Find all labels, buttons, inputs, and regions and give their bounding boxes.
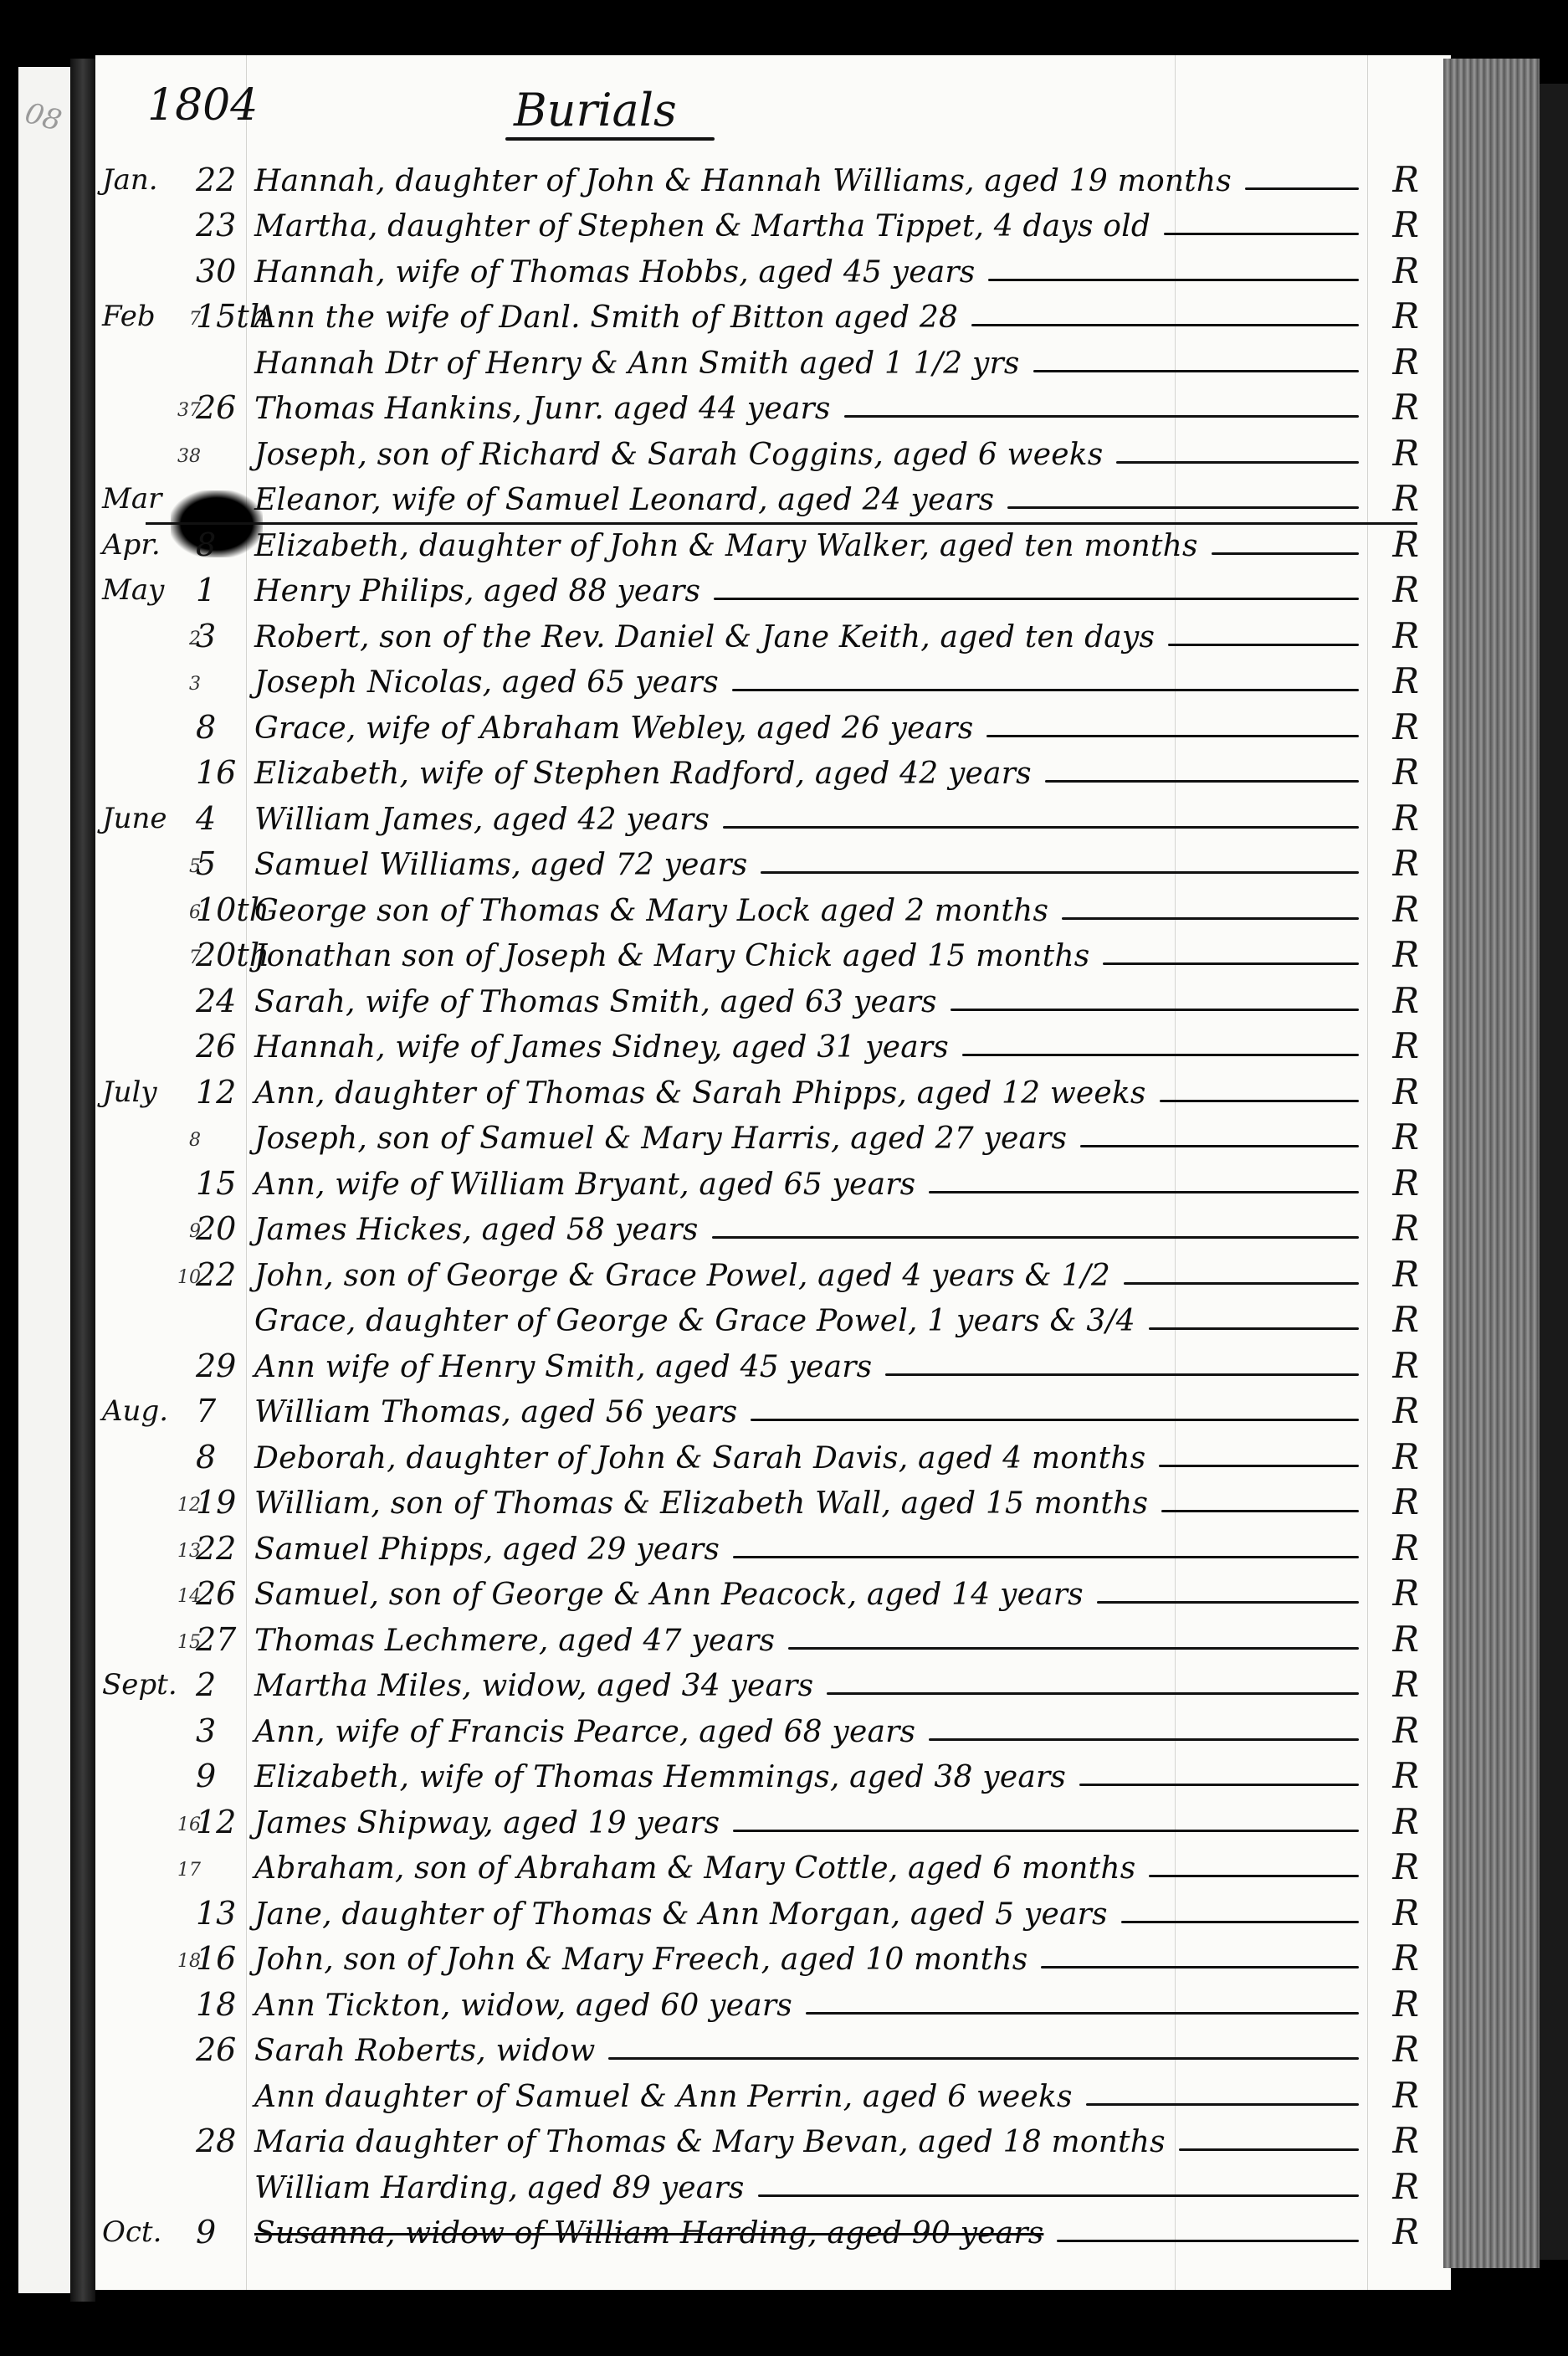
entry-fill-line [723,826,1359,829]
entry-fill-line [714,598,1359,600]
entry-text: Abraham, son of Abraham & Mary Cottle, a… [254,1851,1135,1886]
entry-day: 24 [196,983,246,1019]
entry-day: 8 [196,526,246,563]
register-page: 1804 Burials Jan.22Hannah, daughter of J… [95,55,1451,2290]
entry-day: 13 [196,1895,246,1932]
entry-register-mark: R [1392,1619,1419,1660]
entry-register-mark: R [1392,752,1419,793]
entry-register-mark: R [1392,1846,1419,1887]
book-gutter [70,59,95,2302]
burial-entry: 3Joseph Nicolas, aged 65 yearsR [95,658,1451,704]
burial-entry: 30Hannah, wife of Thomas Hobbs, aged 45 … [95,247,1451,293]
entry-fill-line [929,1738,1359,1741]
entry-text: Ann Tickton, widow, aged 60 years [254,1989,792,2023]
entry-text: Elizabeth, daughter of John & Mary Walke… [254,529,1198,563]
entry-fill-line [1149,1875,1359,1877]
entry-text: Hannah, wife of Thomas Hobbs, aged 45 ye… [254,255,975,290]
entry-day: 26 [196,1028,246,1065]
book-cover-edge [1540,84,1568,2260]
entry-day: 3 [196,618,246,654]
entry-text: Thomas Lechmere, aged 47 years [254,1624,775,1658]
entry-register-mark: R [1392,706,1419,747]
entry-register-mark: R [1392,934,1419,975]
entry-fill-line [885,1373,1359,1376]
burial-entry: 26Hannah, wife of James Sidney, aged 31 … [95,1023,1451,1069]
burial-entry: 15Ann, wife of William Bryant, aged 65 y… [95,1159,1451,1205]
entry-fill-line [806,2012,1359,2015]
entry-fill-line [1080,1145,1359,1147]
entry-text: William Harding, aged 89 years [254,2171,745,2205]
burial-entry: June4William James, aged 42 yearsR [95,794,1451,840]
entry-text: Jonathan son of Joseph & Mary Chick aged… [254,939,1089,973]
burial-entry: 26Sarah Roberts, widowR [95,2026,1451,2072]
entry-register-mark: R [1392,798,1419,839]
burial-entry: Feb715thAnn the wife of Danl. Smith of B… [95,293,1451,339]
entry-register-mark: R [1392,1299,1419,1340]
entry-fill-line [761,871,1359,874]
entry-text: Henry Philips, aged 88 years [254,574,700,608]
entry-fill-line [1160,1100,1359,1102]
entry-register-mark: R [1392,1801,1419,1842]
entry-text: Samuel Williams, aged 72 years [254,848,747,882]
burial-entry: Sept.2Martha Miles, widow, aged 34 years… [95,1661,1451,1707]
entry-text: James Shipway, aged 19 years [254,1806,720,1840]
entry-fill-line [1245,187,1359,190]
burial-entry: 8Joseph, son of Samuel & Mary Harris, ag… [95,1114,1451,1160]
entry-month: July [102,1075,161,1109]
entry-register-mark: R [1392,295,1419,336]
entry-register-number: 3 [167,674,201,695]
entry-register-mark: R [1392,1938,1419,1979]
entry-fill-line [971,324,1359,326]
entry-day: 1 [196,572,246,608]
entry-day: 26 [196,1575,246,1612]
entry-day: 12 [196,1074,246,1111]
entry-register-mark: R [1392,980,1419,1021]
entry-day: 5 [196,845,246,882]
entry-month: Apr. [102,528,161,562]
entry-fill-line [733,1556,1359,1558]
entry-register-mark: R [1392,615,1419,656]
page-stack-edge [1443,59,1540,2268]
entry-day: 9 [196,2214,246,2251]
entry-day: 9 [196,1758,246,1794]
burial-entry: Apr.8Elizabeth, daughter of John & Mary … [95,521,1451,567]
entry-fill-line [1161,1510,1359,1512]
burial-entry: 920James Hickes, aged 58 yearsR [95,1205,1451,1251]
entry-day: 27 [196,1621,246,1658]
entry-register-mark: R [1392,1984,1419,2025]
facing-page-number-fragment: 08 [22,96,65,138]
facing-page-edge: 08 [18,67,72,2293]
burial-entry: May1Henry Philips, aged 88 yearsR [95,567,1451,613]
entry-day: 19 [196,1484,246,1521]
entry-text: George son of Thomas & Mary Lock aged 2 … [254,894,1048,928]
entry-fill-line [1179,2148,1359,2151]
entry-register-mark: R [1392,159,1419,200]
entry-text: Samuel Phipps, aged 29 years [254,1532,720,1567]
entry-month: Sept. [102,1668,161,1702]
entry-register-mark: R [1392,1163,1419,1204]
entry-text: Sarah, wife of Thomas Smith, aged 63 yea… [254,985,937,1019]
entry-text: William James, aged 42 years [254,803,710,837]
burial-entry: Ann daughter of Samuel & Ann Perrin, age… [95,2071,1451,2117]
entry-day: 18 [196,1986,246,2023]
entry-register-mark: R [1392,2120,1419,2161]
burial-entry: 9Elizabeth, wife of Thomas Hemmings, age… [95,1753,1451,1799]
entry-fill-line [788,1647,1359,1650]
entry-text: Ann wife of Henry Smith, aged 45 years [254,1350,872,1384]
entry-register-mark: R [1392,1254,1419,1295]
entry-register-number: 17 [167,1860,201,1881]
entry-month: May [102,573,161,607]
entry-register-mark: R [1392,569,1419,610]
entry-register-mark: R [1392,478,1419,519]
entry-fill-line [1007,506,1359,509]
entry-fill-line [758,2194,1359,2197]
entry-fill-line [608,2057,1359,2060]
entry-text: Joseph, son of Samuel & Mary Harris, age… [254,1122,1067,1156]
title-underline [505,137,715,141]
entry-text: John, son of John & Mary Freech, aged 10… [254,1943,1027,1977]
entry-text: Elizabeth, wife of Thomas Hemmings, aged… [254,1760,1066,1794]
entry-fill-line [1164,233,1359,235]
entry-register-number: 38 [167,446,201,467]
entry-fill-line [844,415,1359,418]
burial-entry: 28Maria daughter of Thomas & Mary Bevan,… [95,2117,1451,2164]
entry-register-mark: R [1392,2029,1419,2070]
entry-fill-line [1033,370,1359,372]
entry-register-mark: R [1392,204,1419,245]
entry-register-mark: R [1392,2211,1419,2252]
entry-register-mark: R [1392,1390,1419,1431]
entry-register-mark: R [1392,1116,1419,1157]
entry-day: 22 [196,162,246,198]
entry-fill-line [962,1054,1359,1056]
entry-fill-line [988,279,1359,281]
burial-entry: 24Sarah, wife of Thomas Smith, aged 63 y… [95,977,1451,1023]
burial-entry: 55Samuel Williams, aged 72 yearsR [95,840,1451,886]
entry-day: 22 [196,1530,246,1567]
entry-text: Hannah Dtr of Henry & Ann Smith aged 1 1… [254,346,1020,381]
entry-day: 4 [196,800,246,837]
entry-text: Joseph Nicolas, aged 65 years [254,665,719,700]
entry-text: Susanna, widow of William Harding, aged … [254,2216,1043,2251]
burial-entry: Aug.7William Thomas, aged 56 yearsR [95,1388,1451,1434]
entry-day: 8 [196,709,246,746]
entry-day: 28 [196,2122,246,2159]
entry-day: 26 [196,389,246,426]
entry-day: 8 [196,1439,246,1476]
entry-text: Grace, daughter of George & Grace Powel,… [254,1304,1135,1338]
entry-fill-line [733,1830,1359,1832]
entry-text: William Thomas, aged 56 years [254,1395,737,1430]
entry-fill-line [1045,780,1359,783]
entry-day: 23 [196,207,246,244]
entry-text: Jane, daughter of Thomas & Ann Morgan, a… [254,1897,1108,1932]
entry-text: Ann the wife of Danl. Smith of Bitton ag… [254,300,958,335]
entry-register-mark: R [1392,1573,1419,1614]
burial-entry: 13Jane, daughter of Thomas & Ann Morgan,… [95,1889,1451,1935]
burial-entry: 1219William, son of Thomas & Elizabeth W… [95,1479,1451,1525]
entry-fill-line [732,689,1359,691]
entry-text: Ann, daughter of Thomas & Sarah Phipps, … [254,1076,1146,1111]
entry-text: Hannah, wife of James Sidney, aged 31 ye… [254,1030,949,1065]
burial-entry: 1527Thomas Lechmere, aged 47 yearsR [95,1615,1451,1661]
entry-fill-line [1086,2103,1359,2106]
entry-register-mark: R [1392,341,1419,382]
entry-register-mark: R [1392,843,1419,884]
burial-entry: Hannah Dtr of Henry & Ann Smith aged 1 1… [95,338,1451,384]
entry-fill-line [1121,1921,1359,1923]
burial-entry: 23Robert, son of the Rev. Daniel & Jane … [95,612,1451,658]
entry-fill-line [929,1191,1359,1193]
entry-day: 12 [196,1804,246,1840]
entry-text: Thomas Hankins, Junr. aged 44 years [254,392,831,426]
burial-entry: 38Joseph, son of Richard & Sarah Coggins… [95,429,1451,475]
entry-text: Joseph, son of Richard & Sarah Coggins, … [254,438,1103,472]
entry-register-mark: R [1392,1892,1419,1933]
entry-month: Jan. [102,163,161,197]
entry-register-mark: R [1392,2166,1419,2207]
entry-fill-line [951,1009,1359,1011]
entry-day: 30 [196,253,246,290]
entry-text: Samuel, son of George & Ann Peacock, age… [254,1578,1084,1612]
entry-text: James Hickes, aged 58 years [254,1213,699,1247]
page-title: Burials [514,84,677,136]
entry-day: 22 [196,1256,246,1293]
burial-entry: William Harding, aged 89 yearsR [95,2163,1451,2209]
burial-entry: 1612James Shipway, aged 19 yearsR [95,1798,1451,1844]
entry-day: 29 [196,1347,246,1384]
entry-text: William, son of Thomas & Elizabeth Wall,… [254,1486,1148,1521]
entry-register-mark: R [1392,1527,1419,1568]
entry-register-mark: R [1392,1345,1419,1386]
entry-fill-line [751,1419,1359,1421]
entry-text: Ann, wife of Francis Pearce, aged 68 yea… [254,1715,915,1749]
burial-entry: 23Martha, daughter of Stephen & Martha T… [95,202,1451,248]
entry-register-mark: R [1392,1071,1419,1112]
section-divider [146,522,1417,525]
entry-text: Hannah, daughter of John & Hannah Willia… [254,164,1232,198]
burial-entry: 18Ann Tickton, widow, aged 60 yearsR [95,1980,1451,2026]
entry-fill-line [1041,1966,1359,1968]
burial-entry: 17Abraham, son of Abraham & Mary Cottle,… [95,1844,1451,1890]
entry-text: Deborah, daughter of John & Sarah Davis,… [254,1441,1145,1476]
entry-register-number: 8 [167,1130,201,1151]
burial-entry: 8Deborah, daughter of John & Sarah Davis… [95,1433,1451,1479]
entry-day: 15th [196,298,246,335]
entry-register-mark: R [1392,2075,1419,2116]
entry-day: 7 [196,1393,246,1430]
entry-month: Mar [102,482,161,516]
entry-fill-line [986,735,1359,737]
burial-entry: 1816John, son of John & Mary Freech, age… [95,1935,1451,1981]
burial-entry: 1322Samuel Phipps, aged 29 yearsR [95,1524,1451,1570]
entry-register-mark: R [1392,1025,1419,1066]
entry-month: Feb [102,300,161,333]
entry-month: June [102,802,161,835]
burial-entry: 1022John, son of George & Grace Powel, a… [95,1250,1451,1296]
entry-text: Elizabeth, wife of Stephen Radford, aged… [254,757,1032,791]
entry-register-mark: R [1392,1710,1419,1751]
entry-register-mark: R [1392,250,1419,291]
entry-day: 16 [196,1940,246,1977]
entry-day: 15 [196,1165,246,1202]
entry-register-mark: R [1392,433,1419,474]
entry-register-mark: R [1392,889,1419,930]
entry-fill-line [1212,552,1359,555]
entry-day: 10th [196,891,246,928]
burial-entry: 3Ann, wife of Francis Pearce, aged 68 ye… [95,1707,1451,1753]
entry-fill-line [1079,1784,1359,1786]
burial-entry: Oct.9Susanna, widow of William Harding, … [95,2209,1451,2255]
burial-entry: 3726Thomas Hankins, Junr. aged 44 yearsR [95,384,1451,430]
entry-register-mark: R [1392,524,1419,565]
entry-fill-line [827,1692,1359,1695]
entry-text: Martha, daughter of Stephen & Martha Tip… [254,209,1150,244]
entry-day: 2 [196,1666,246,1703]
entry-fill-line [1097,1601,1359,1604]
entry-text: Grace, wife of Abraham Webley, aged 26 y… [254,711,973,746]
entry-fill-line [1159,1465,1359,1467]
entry-register-mark: R [1392,1481,1419,1522]
entry-register-mark: R [1392,1664,1419,1705]
entry-text: Maria daughter of Thomas & Mary Bevan, a… [254,2125,1166,2159]
entry-fill-line [1062,917,1359,920]
entry-fill-line [1168,644,1359,646]
entry-day: 3 [196,1712,246,1749]
burial-entry: Grace, daughter of George & Grace Powel,… [95,1296,1451,1342]
entry-fill-line [712,1236,1359,1239]
burial-entry: July12Ann, daughter of Thomas & Sarah Ph… [95,1068,1451,1114]
entry-day: 16 [196,754,246,791]
burial-entry: Jan.22Hannah, daughter of John & Hannah … [95,156,1451,202]
burial-entry: 29Ann wife of Henry Smith, aged 45 years… [95,1342,1451,1388]
entry-fill-line [1116,461,1359,464]
entry-month: Oct. [102,2215,161,2249]
burial-entries: Jan.22Hannah, daughter of John & Hannah … [95,156,1451,2254]
entry-text: Ann daughter of Samuel & Ann Perrin, age… [254,2080,1073,2114]
entry-day: 20 [196,1210,246,1247]
burial-entry: 720thJonathan son of Joseph & Mary Chick… [95,932,1451,978]
burial-entry: 610thGeorge son of Thomas & Mary Lock ag… [95,885,1451,932]
entry-register-mark: R [1392,1208,1419,1249]
entry-fill-line [1124,1282,1359,1285]
entry-day: 26 [196,2031,246,2068]
entry-register-mark: R [1392,1755,1419,1796]
entry-text: Robert, son of the Rev. Daniel & Jane Ke… [254,620,1155,654]
entry-register-mark: R [1392,1436,1419,1477]
entry-fill-line [1149,1327,1359,1330]
entry-text: John, son of George & Grace Powel, aged … [254,1259,1110,1293]
entry-fill-line [1103,962,1359,965]
entry-text: Ann, wife of William Bryant, aged 65 yea… [254,1168,915,1202]
entry-text: Sarah Roberts, widow [254,2034,595,2068]
burial-entry: 8Grace, wife of Abraham Webley, aged 26 … [95,703,1451,749]
entry-day: 20th [196,937,246,973]
burial-entry: 16Elizabeth, wife of Stephen Radford, ag… [95,749,1451,795]
burial-entry: 1426Samuel, son of George & Ann Peacock,… [95,1570,1451,1616]
register-year: 1804 [147,80,258,131]
entry-month: Aug. [102,1394,161,1428]
entry-register-mark: R [1392,660,1419,701]
entry-text: Eleanor, wife of Samuel Leonard, aged 24… [254,483,994,517]
entry-fill-line [1057,2240,1359,2242]
entry-text: Martha Miles, widow, aged 34 years [254,1669,813,1703]
entry-register-mark: R [1392,387,1419,428]
burial-entry: MarEleanor, wife of Samuel Leonard, aged… [95,475,1451,521]
